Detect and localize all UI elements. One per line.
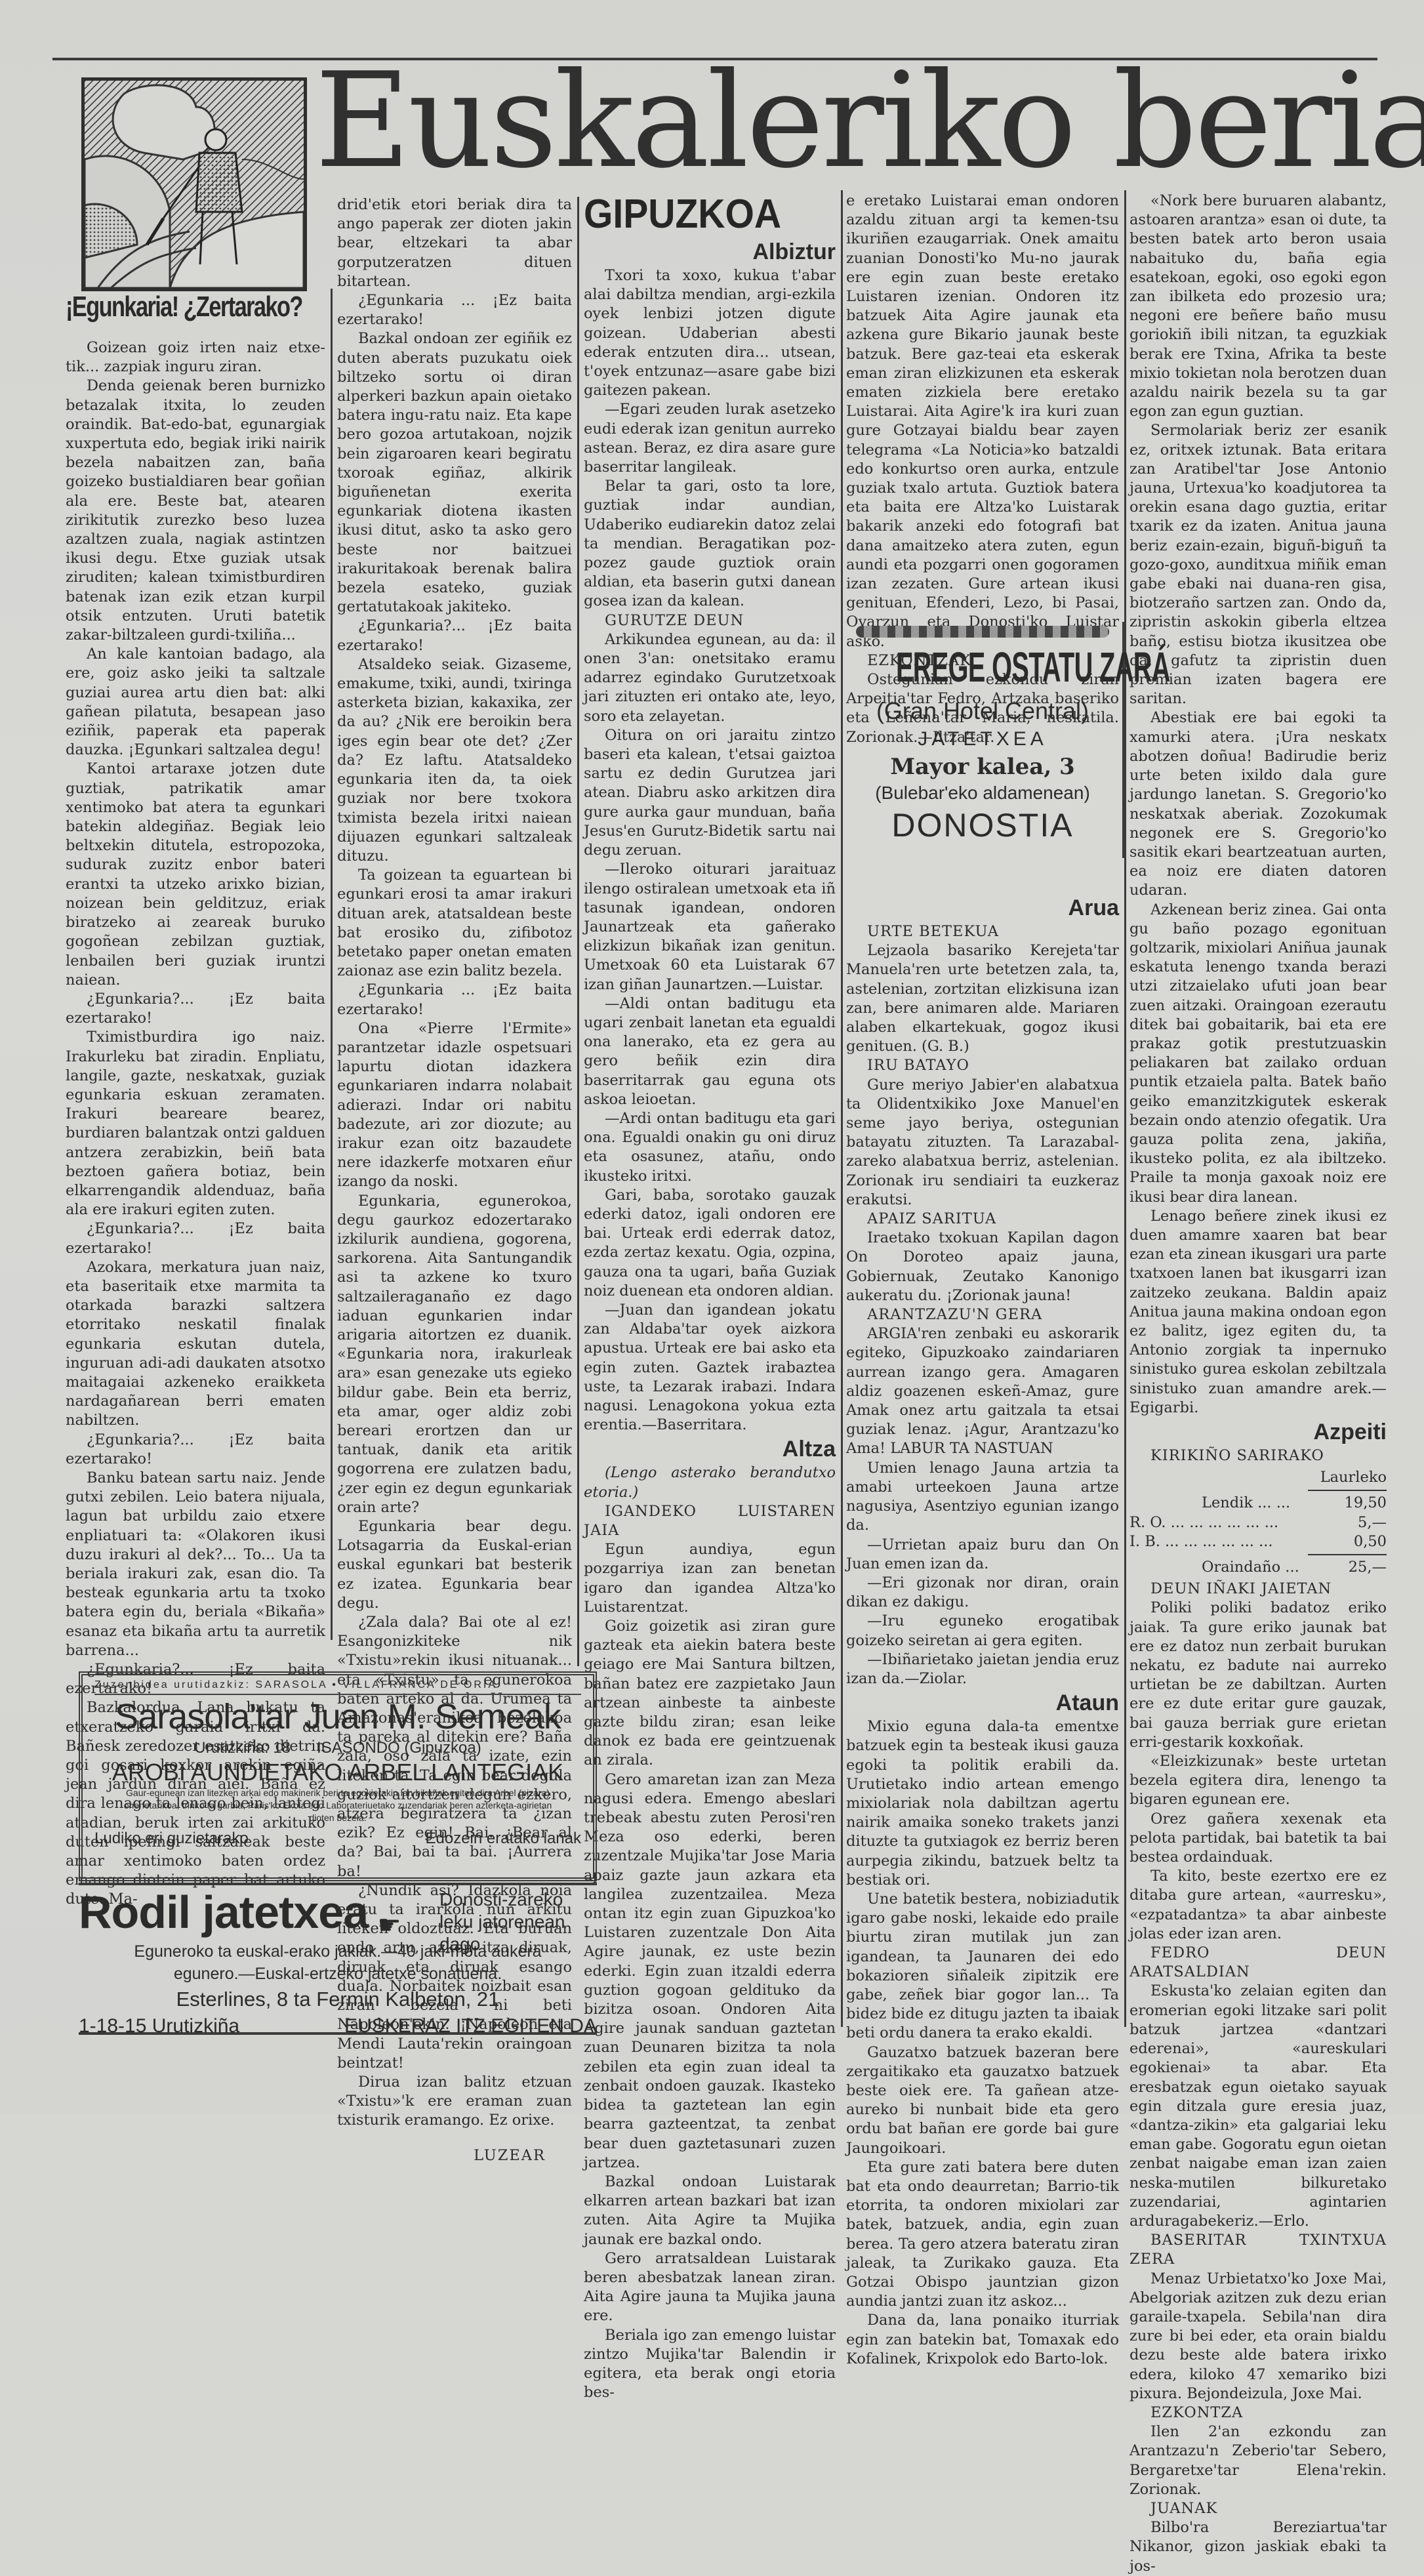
section-head: KIRIKIÑO SARIRAKO — [1129, 1446, 1387, 1465]
azpeiti-news: DEUN IÑAKI JAIETANPoliki poliki badatoz … — [1129, 1580, 1387, 2115]
section-head: APAIZ SARITUA — [846, 1210, 1119, 1229]
section-head: URTE BETEKUA — [846, 922, 1119, 941]
table-rule — [1308, 1554, 1387, 1555]
table-label: Lendik ... ... — [1129, 1494, 1290, 1513]
paragraph: —Eri gizonak nor diran, orain dikan ez d… — [846, 1574, 1119, 1612]
ad-rodil-location: Donosti-zareko leku jatorenean dago — [439, 1889, 597, 1955]
column-1: ¡Egunkaria! ¿Zertarako? Goizean goiz irt… — [66, 282, 325, 1910]
table-header: Laurleko — [1129, 1468, 1387, 1487]
farmer-illustration-icon — [85, 81, 304, 288]
ad-rodil-footer: 1-18-15 Urutizkiña EUSKERAZ ITZ EGITEN D… — [79, 2014, 597, 2039]
table-value: 5,— — [1358, 1513, 1387, 1532]
paragraph: —Juan dan igandean jokatu zan Aldaba'tar… — [584, 1301, 836, 1435]
paragraph: ¿Egunkaria?... ¡Ez baita ezertarako! — [337, 617, 572, 655]
column-3: GIPUZKOA AlbizturTxori ta xoxo, kukua t'… — [584, 192, 836, 2115]
paragraph: Azkenean beriz zinea. Gai onta gu baño p… — [1129, 901, 1387, 1207]
table-row: Lendik ... ...19,50 — [1129, 1494, 1387, 1513]
paragraph: ¿Egunkaria ... ¡Ez baita ezertarako! — [337, 981, 572, 1019]
section-head: IGANDEKO LUISTAREN JAIA — [584, 1502, 836, 1540]
paragraph: Atsaldeko seiak. Gizaseme, emakume, txik… — [337, 655, 572, 866]
paragraph: Goiz goizetik asi ziran gure gazteak eta… — [584, 1617, 836, 1770]
paragraph: Poliki poliki badatoz eriko jaiak. Ta gu… — [1129, 1599, 1387, 1752]
column-divider — [577, 197, 579, 1666]
ad-sarasola: Zuzenbidea urutidazkiz: SARASOLA • VILLA… — [79, 1671, 597, 1881]
paragraph: Dirua izan balitz etzuan «Txistu»'k ere … — [337, 2073, 572, 2115]
paragraph: Egun aundiya, egun pozgarriya izan zan b… — [584, 1540, 836, 1617]
paragraph: Bazkal ondoan zer egiñik ez duten aberat… — [337, 329, 572, 617]
gipuzkoa-news: AlbizturTxori ta xoxo, kukua t'abar alai… — [584, 239, 836, 2115]
paragraph: Mixio eguna dala-ta ementxe batzuek egin… — [846, 1717, 1119, 1890]
ad-sarasola-description: Gaur-egunean izan litezken arkai edo mak… — [94, 1787, 581, 1824]
newspaper-page: Euskaleriko beriak ¡Egunkaria! ¿Zertarak… — [0, 0, 1424, 2115]
paragraph: —Ardi ontan baditugu eta gari ona. Egual… — [584, 1109, 836, 1186]
ad-hotel-subtitle: (Gran Hotel Central) — [843, 697, 1122, 726]
article-headline: ¡Egunkaria! ¿Zertarako? — [66, 287, 268, 327]
paragraph: «Nork bere buruaren alabantz, astoaren a… — [1129, 192, 1387, 421]
paragraph: Ona «Pierre l'Ermite» parantzetar idazle… — [337, 1019, 572, 1192]
paragraph: Azokara, merkatura juan naiz, eta baseri… — [66, 1258, 325, 1431]
paragraph: Arkikundea egunean, au da: il onen 3'an:… — [584, 630, 836, 726]
verse: Txori ta xoxo, kukua t'abar alai dabiltz… — [584, 266, 836, 400]
paragraph: Umien lenago Jauna artzia ta amabi urtee… — [846, 1459, 1119, 1536]
paragraph: Ta goizean ta eguartean bi egunkari eros… — [337, 866, 572, 981]
paragraph: Lenago beñere zinek ikusi ez duen amamre… — [1129, 1207, 1387, 1418]
table-row: I. B. ... ... ... ... ... ...0,50 — [1129, 1532, 1387, 1551]
table-total-row: Oraindaño ... 25,— — [1129, 1558, 1387, 1577]
column-4-lower: Arua URTE BETEKUALejzaola basariko Kerej… — [846, 893, 1119, 2115]
ad-rodil-line2: egunero.—Euskal-ertzeko jatetxe sonatuen… — [79, 1963, 597, 1985]
paragraph: Eskusta'ko zelaian egiten dan eromerian … — [1129, 1982, 1387, 2115]
paragraph: —Iru eguneko erogatibak goizeko seiretan… — [846, 1612, 1119, 1650]
ad-hotel-note: (Bulebar'eko aldamenean) — [843, 781, 1122, 806]
table-rule — [1308, 1490, 1387, 1491]
paragraph: ARGIA'ren zenbaki eu askorarik egiteko, … — [846, 1324, 1119, 1458]
paragraph: ¿Egunkaria ... ¡Ez baita ezertarako! — [337, 291, 572, 329]
pointing-hand-icon: ☛ — [378, 1910, 401, 1940]
ad-sarasola-name: Sarasola'tar Juan M. Semeak — [94, 1695, 581, 1738]
town-heading: Azpeiti — [1129, 1419, 1387, 1445]
section-title-gipuzkoa: GIPUZKOA — [584, 192, 815, 237]
arua-news: URTE BETEKUALejzaola basariko Kerejeta't… — [846, 922, 1119, 1688]
ad-rodil-slogan: EUSKERAZ ITZ EGITEN DA — [344, 2014, 597, 2039]
ad-hotel-city: DONOSTIA — [843, 806, 1122, 845]
column-5: «Nork bere buruaren alabantz, astoaren a… — [1129, 192, 1387, 2115]
ad-sarasola-contact: Urutizkiña: 18 ISASONDO (Gipuzkoa) — [94, 1738, 581, 1758]
column-divider — [841, 190, 843, 2027]
article-continued: e eretako Luistarai eman ondoren azaldu … — [846, 192, 1119, 651]
ad-hotel-type: JATETXEA — [843, 726, 1122, 753]
paragraph: Kantoi artaraxe jotzen dute guztiak, pat… — [66, 760, 325, 989]
town-heading: Ataun — [846, 1690, 1119, 1716]
ad-rodil-address: Esterlines, 8 ta Fermin Kalbeton, 21 — [79, 1985, 597, 2014]
paragraph: Gauzatxo batzuek bazeran bere zergaitika… — [846, 2043, 1119, 2115]
paragraph: An kale kantoian badago, ala ere, goiz a… — [66, 645, 325, 760]
paragraph: ¿Egunkaria?... ¡Ez baita ezertarako! — [66, 1431, 325, 1469]
section-head: GURUTZE DEUN — [584, 611, 836, 630]
paragraph: Gari, baba, sorotako gauzak ederki datoz… — [584, 1186, 836, 1301]
paragraph: Tximistburdira igo naiz. Irakurleku bat … — [66, 1028, 325, 1219]
article-continued: «Nork bere buruaren alabantz, astoaren a… — [1129, 192, 1387, 1418]
verse: Belar ta gari, osto ta lore, guztiak ind… — [584, 477, 836, 611]
ad-rodil-phone: 1-18-15 Urutizkiña — [79, 2014, 239, 2039]
paragraph: Iraetako txokuan Kapilan dagon On Dorote… — [846, 1229, 1119, 1305]
paragraph: Lejzaola basariko Kerejeta'tar Manuela'r… — [846, 941, 1119, 1056]
paragraph: «Eleizkizunak» beste urtetan bezela egit… — [1129, 1752, 1387, 1810]
section-head: ARANTZAZU'n GERA — [846, 1305, 1119, 1324]
paragraph: Sermolariak beriz zer esanik ez, oritxek… — [1129, 421, 1387, 708]
town-heading: Altza — [584, 1436, 836, 1462]
bottom-rule — [79, 2032, 597, 2035]
table-label: I. B. ... ... ... ... ... ... — [1129, 1532, 1273, 1551]
masthead-title: Euskaleriko beriak — [315, 66, 1325, 177]
ad-divider — [79, 1883, 597, 1885]
ad-sarasola-footer: Ludiko eri guzietarako Edozein eratako l… — [94, 1828, 581, 1849]
paragraph: Egunkaria bear degu. Lotsagarria da Eusk… — [337, 1517, 572, 1613]
ornament-border — [856, 626, 1109, 638]
ad-sarasola-headline: AROBI AUNDIETAKO ARBEL LANTEGIAK — [94, 1758, 581, 1787]
ad-rodil-title: Rodil jatetxea — [79, 1886, 368, 1938]
paragraph: —Aldi ontan baditugu eta ugari zenbait l… — [584, 994, 836, 1109]
paragraph: Abestiak ere bai egoki ta xamurki atera.… — [1129, 708, 1387, 900]
paragraph: Gure meriyo Jabier'en alabatxua ta Olide… — [846, 1076, 1119, 1210]
paragraph: drid'etik etori beriak dira ta ango pape… — [337, 195, 572, 291]
town-heading: Albiztur — [584, 239, 836, 265]
paragraph: Egunkaria, egunerokoa, degu gaurkoz edoz… — [337, 1192, 572, 1517]
verse: Oitura on ori jaraitu zintzo baseri eta … — [584, 726, 836, 860]
donation-table: Laurleko Lendik ... ...19,50R. O. ... ..… — [1129, 1468, 1387, 1577]
table-value: 0,50 — [1354, 1532, 1387, 1551]
paragraph: Banku batean sartu naiz. Jende gutxi zeb… — [66, 1469, 325, 1660]
paragraph: Ta kito, beste ezertxo ere ez ditaba gur… — [1129, 1867, 1387, 1944]
column-divider — [1124, 190, 1126, 2027]
table-label: R. O. ... ... ... ... ... ... — [1129, 1513, 1278, 1532]
ad-sarasola-address: Zuzenbidea urutidazkiz: SARASOLA • VILLA… — [94, 1679, 581, 1695]
paragraph: Denda geienak beren burnizko betazalak i… — [66, 377, 325, 645]
paragraph: —Ibiñarietako jaietan jendia eruz izan d… — [846, 1650, 1119, 1688]
paragraph: Gero amaretan izan zan Meza nagusi edera… — [584, 1770, 836, 2115]
section-head: DEUN IÑAKI JAIETAN — [1129, 1580, 1387, 1599]
paragraph: Orez gañera xexenak eta pelota partidak,… — [1129, 1810, 1387, 1868]
masthead-illustration — [81, 77, 307, 291]
ataun-news: Mixio eguna dala-ta ementxe batzuek egin… — [846, 1717, 1119, 2115]
paragraph: —Egari zeuden lurak asetzeko eudi ederak… — [584, 400, 836, 477]
town-heading: Arua — [846, 895, 1119, 921]
column-divider — [331, 289, 333, 1640]
paragraph: —Urrietan apaiz buru dan On Juan emen iz… — [846, 1536, 1119, 1574]
paragraph: ¿Egunkaria?... ¡Ez baita ezertarako! — [66, 990, 325, 1028]
table-rows: Lendik ... ...19,50R. O. ... ... ... ...… — [1129, 1494, 1387, 1551]
section-head: IRU BATAYO — [846, 1056, 1119, 1075]
ad-hotel-name: EREGE OSTATU ZARÁ — [896, 638, 1069, 697]
paragraph: ¿Egunkaria?... ¡Ez baita ezertarako! — [66, 1219, 325, 1257]
paragraph: Goizean goiz irten naiz etxe-tik... zazp… — [66, 338, 325, 377]
paragraph: —Ileroko oiturari jaraituaz ilengo ostir… — [584, 860, 836, 994]
ad-hotel-central: EREGE OSTATU ZARÁ (Gran Hotel Central) J… — [841, 622, 1124, 858]
section-head: FEDRO DEUN ARATSALDIAN — [1129, 1944, 1387, 1982]
table-value: 19,50 — [1345, 1494, 1387, 1513]
ad-hotel-street: Mayor kalea, 3 — [843, 753, 1122, 781]
paragraph: Une batetik bestera, nobiziadutik igaro … — [846, 1890, 1119, 2043]
ad-rodil: Rodil jatetxea ☛ Donosti-zareko leku jat… — [79, 1886, 597, 1991]
table-row: R. O. ... ... ... ... ... ...5,— — [1129, 1513, 1387, 1532]
editor-note: (Lengo asterako berandutxo etoria.) — [584, 1463, 836, 1502]
